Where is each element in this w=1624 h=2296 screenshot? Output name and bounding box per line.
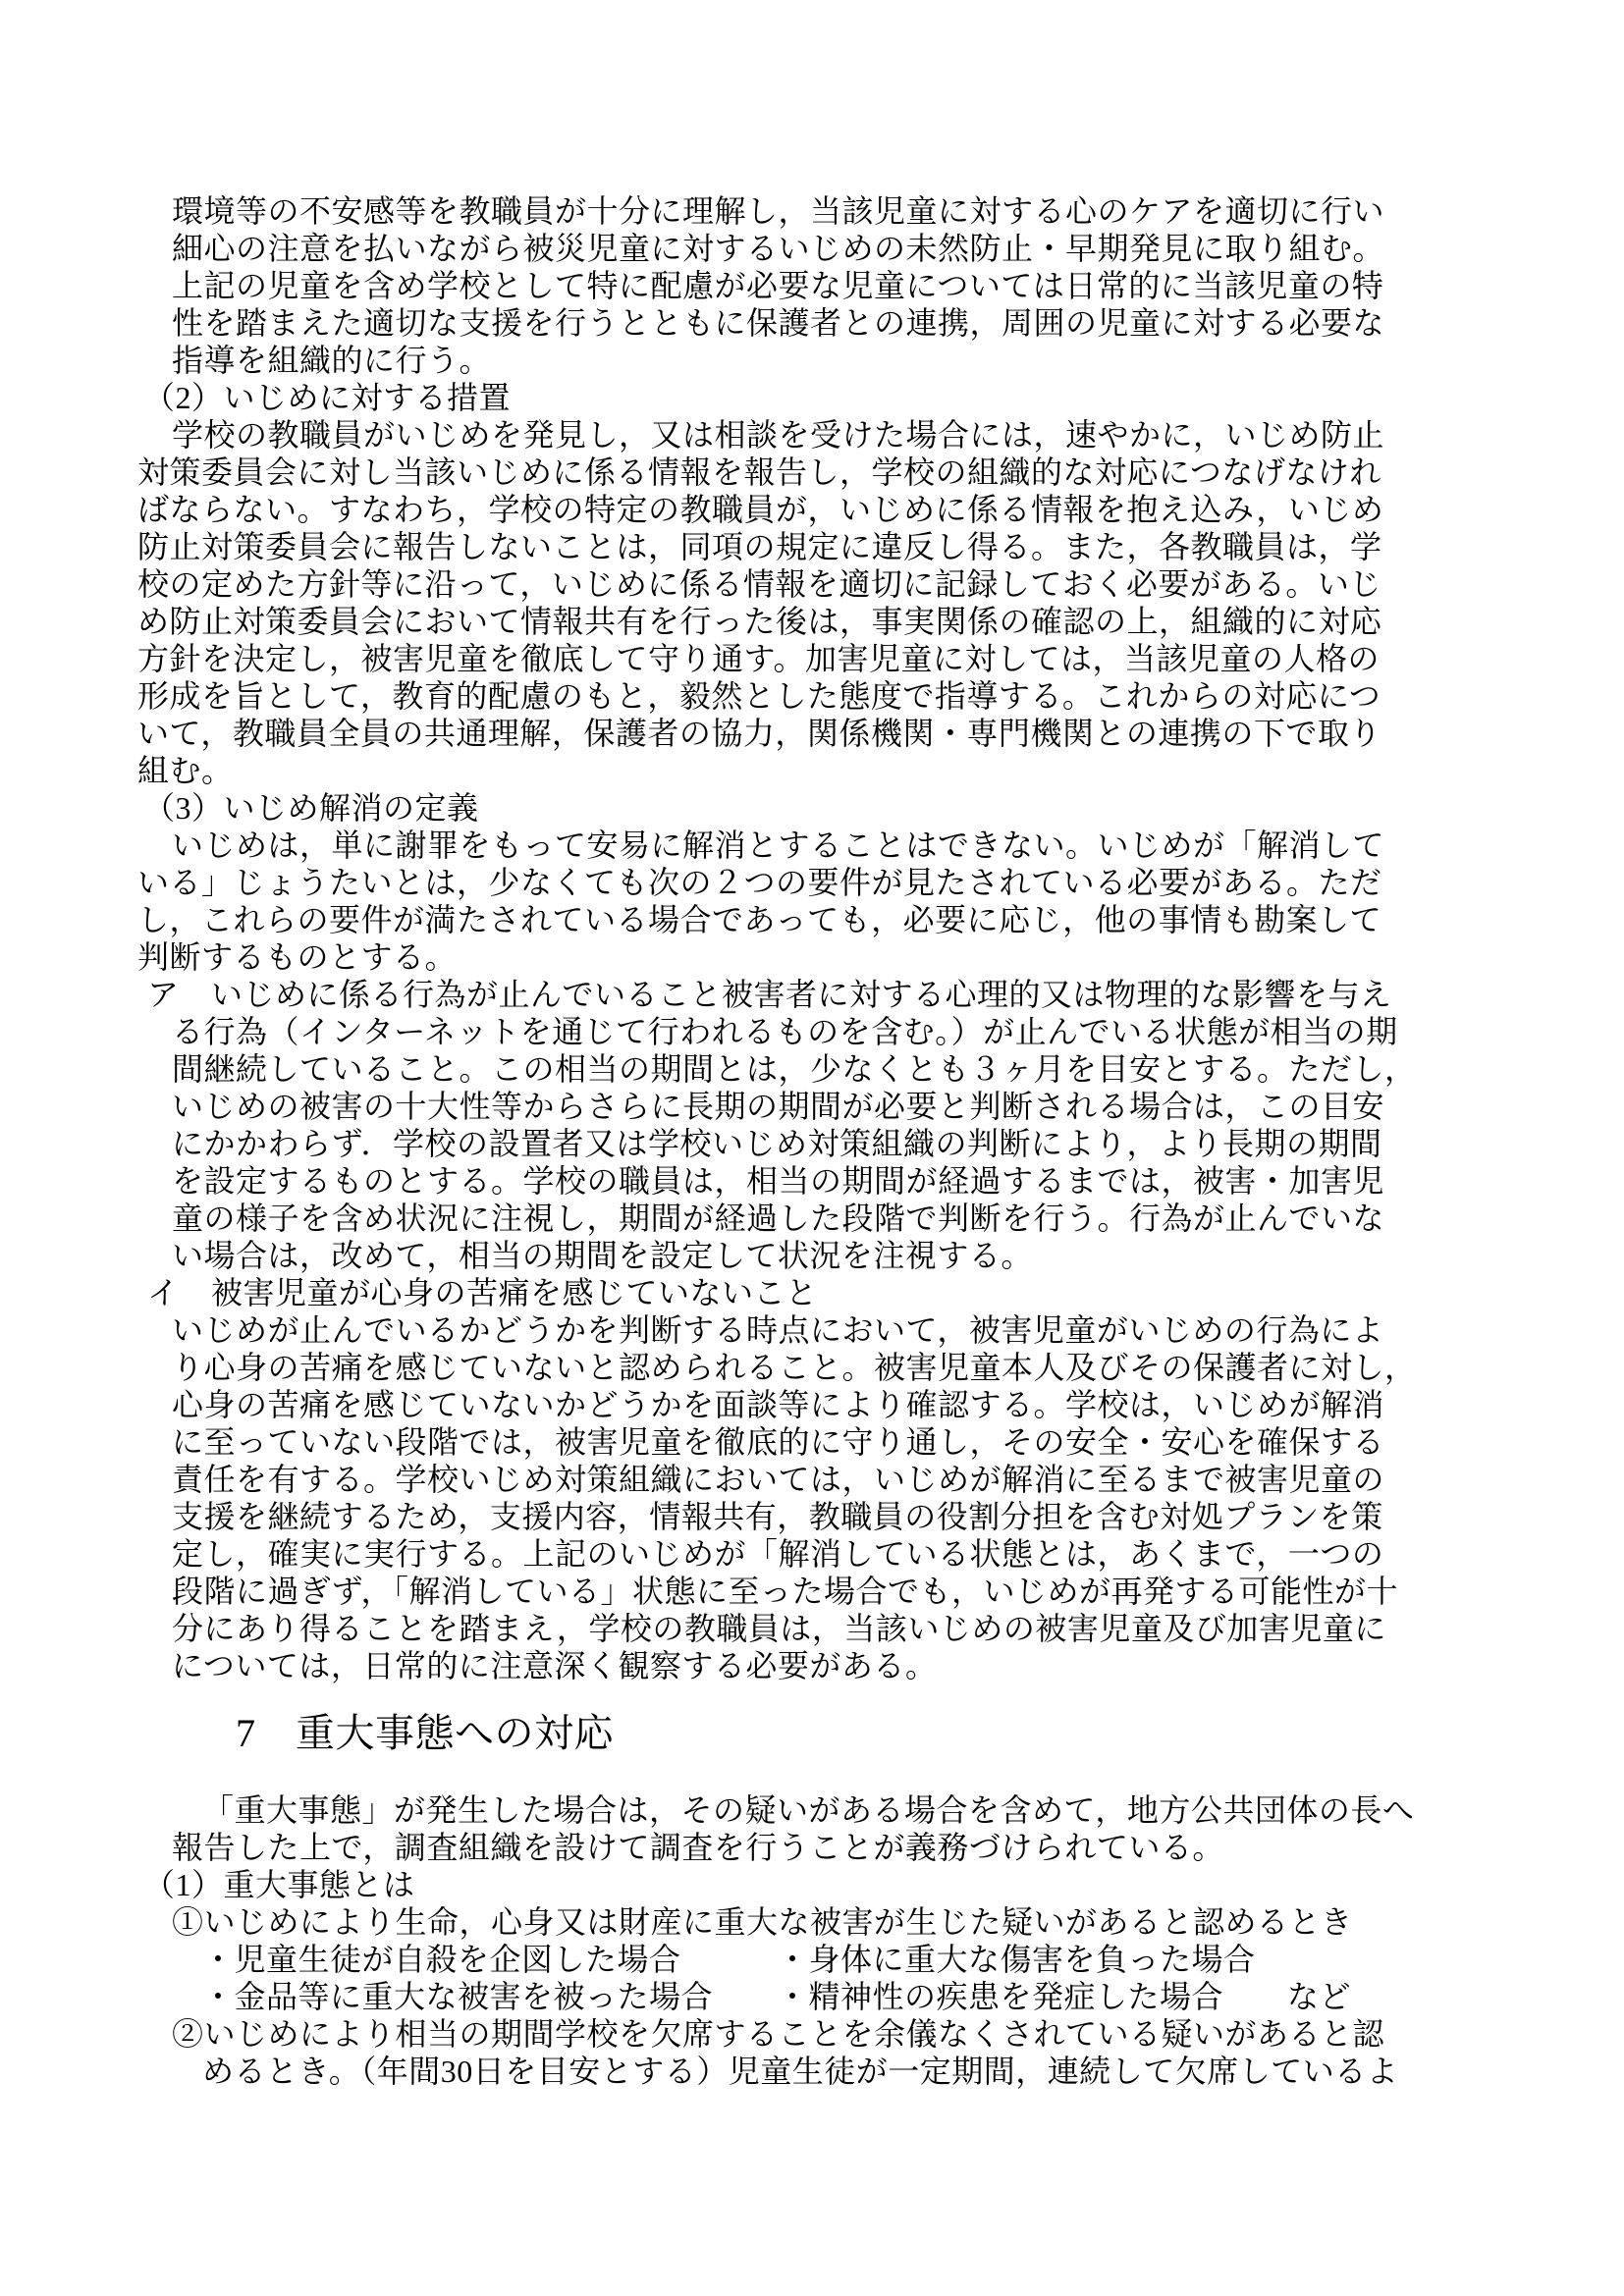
- text-line: 「重大事態」が発生した場合は，その疑いがある場合を含めて，地方公共団体の長へ: [137, 1791, 1512, 1829]
- text-line: いじめは，単に謝罪をもって安易に解消とすることはできない。いじめが「解消して: [137, 827, 1512, 864]
- text-line: いて，教職員全員の共通理解，保護者の協力，関係機関・専門機関との連携の下で取り: [137, 715, 1512, 752]
- text-line: 段階に過ぎず，「解消している」状態に至った場合でも，いじめが再発する可能性が十: [137, 1573, 1512, 1610]
- text-line: 判断するものとする。: [137, 938, 1512, 976]
- text-line: いる」じょうたいとは，少なくても次の２つの要件が見たされている必要がある。ただ: [137, 864, 1512, 901]
- text-line: については，日常的に注意深く観察する必要がある。: [137, 1647, 1512, 1684]
- text-line: いじめが止んでいるかどうかを判断する時点において，被害児童がいじめの行為によ: [137, 1311, 1512, 1349]
- text-line: 支援を継続するため，支援内容，情報共有，教職員の役割分担を含む対処プランを策: [137, 1498, 1512, 1535]
- text-line: 分にあり得ることを踏まえ，学校の教職員は，当該いじめの被害児童及び加害児童に: [137, 1610, 1512, 1647]
- document-page: 環境等の不安感等を教職員が十分に理解し，当該児童に対する心のケアを適切に行い細心…: [0, 0, 1624, 2296]
- bullet-row: ・児童生徒が自殺を企図した場合 ・身体に重大な傷害を負った場合: [137, 1941, 1512, 1978]
- document-body: 環境等の不安感等を教職員が十分に理解し，当該児童に対する心のケアを適切に行い細心…: [137, 192, 1512, 2090]
- text-line: 形成を旨として，教育的配慮のもと，毅然とした態度で指導する。これからの対応につ: [137, 677, 1512, 715]
- text-line: る行為（インターネットを通じて行われるものを含む。）が止んでいる状態が相当の期: [137, 1013, 1512, 1050]
- text-line: 責任を有する。学校いじめ対策組織においては，いじめが解消に至るまで被害児童の: [137, 1461, 1512, 1498]
- text-line: にかかわらず．学校の設置者又は学校いじめ対策組織の判断により，より長期の期間: [137, 1125, 1512, 1162]
- text-line: い場合は，改めて，相当の期間を設定して状況を注視する。: [137, 1237, 1512, 1274]
- subheading-3: （3）いじめ解消の定義: [137, 789, 1512, 827]
- text-line: し，これらの要件が満たされている場合であっても，必要に応じ，他の事情も勘案して: [137, 901, 1512, 938]
- text-line: いじめの被害の十大性等からさらに長期の期間が必要と判断される場合は，この目安: [137, 1088, 1512, 1125]
- text-line: 定し，確実に実行する。上記のいじめが「解消している状態とは，あくまで，一つの: [137, 1535, 1512, 1573]
- text-line: 校の定めた方針等に沿って，いじめに係る情報を適切に記録しておく必要がある。いじ: [137, 565, 1512, 603]
- section-heading: 7 重大事態への対応: [137, 1710, 1512, 1757]
- text-line: 性を踏まえた適切な支援を行うとともに保護者との連携，周囲の児童に対する必要な: [137, 304, 1512, 342]
- bullet-row: ・金品等に重大な被害を被った場合 ・精神性の疾患を発症した場合 など: [137, 1978, 1512, 2015]
- item-i-line: イ 被害児童が心身の苦痛を感じていないこと: [137, 1274, 1512, 1311]
- text-line: 細心の注意を払いながら被災児童に対するいじめの未然防止・早期発見に取り組む。: [137, 230, 1512, 267]
- text-line: 上記の児童を含め学校として特に配慮が必要な児童については日常的に当該児童の特: [137, 267, 1512, 304]
- text-line: 学校の教職員がいじめを発見し，又は相談を受けた場合には，速やかに，いじめ防止: [137, 416, 1512, 454]
- text-line: ばならない。すなわち，学校の特定の教職員が，いじめに係る情報を抱え込み，いじめ: [137, 491, 1512, 528]
- text-line: 間継続していること。この相当の期間とは，少なくとも３ヶ月を目安とする。ただし，: [137, 1050, 1512, 1088]
- text-line: 心身の苦痛を感じていないかどうかを面談等により確認する。学校は，いじめが解消: [137, 1386, 1512, 1423]
- text-line: 環境等の不安感等を教職員が十分に理解し，当該児童に対する心のケアを適切に行い: [137, 192, 1512, 230]
- circled-item-2: ②いじめにより相当の期間学校を欠席することを余儀なくされている疑いがあると認: [137, 2015, 1512, 2053]
- text-line: を設定するものとする。学校の職員は，相当の期間が経過するまでは，被害・加害児: [137, 1162, 1512, 1200]
- text-line: り心身の苦痛を感じていないと認められること。被害児童本人及びその保護者に対し，: [137, 1349, 1512, 1386]
- text-line: に至っていない段階では，被害児童を徹底的に守り通し，その安全・安心を確保する: [137, 1423, 1512, 1461]
- subheading-1: （1）重大事態とは: [137, 1866, 1512, 1903]
- text-line: 方針を決定し，被害児童を徹底して守り通す。加害児童に対しては，当該児童の人格の: [137, 640, 1512, 677]
- text-line: 報告した上で，調査組織を設けて調査を行うことが義務づけられている。: [137, 1829, 1512, 1866]
- item-a-line: ア いじめに係る行為が止んでいること被害者に対する心理的又は物理的な影響を与え: [137, 976, 1512, 1013]
- text-line: 指導を組織的に行う。: [137, 342, 1512, 379]
- text-line: 組む。: [137, 752, 1512, 789]
- subheading-2: （2）いじめに対する措置: [137, 379, 1512, 416]
- text-line: 対策委員会に対し当該いじめに係る情報を報告し，学校の組織的な対応につなげなけれ: [137, 454, 1512, 491]
- text-line: 防止対策委員会に報告しないことは，同項の規定に違反し得る。また，各教職員は，学: [137, 528, 1512, 565]
- text-line: めるとき。（年間30日を目安とする）児童生徒が一定期間，連続して欠席しているよ: [137, 2053, 1512, 2090]
- text-line: め防止対策委員会において情報共有を行った後は，事実関係の確認の上，組織的に対応: [137, 603, 1512, 640]
- text-line: 童の様子を含め状況に注視し，期間が経過した段階で判断を行う。行為が止んでいな: [137, 1200, 1512, 1237]
- circled-item-1: ①いじめにより生命，心身又は財産に重大な被害が生じた疑いがあると認めるとき: [137, 1903, 1512, 1941]
